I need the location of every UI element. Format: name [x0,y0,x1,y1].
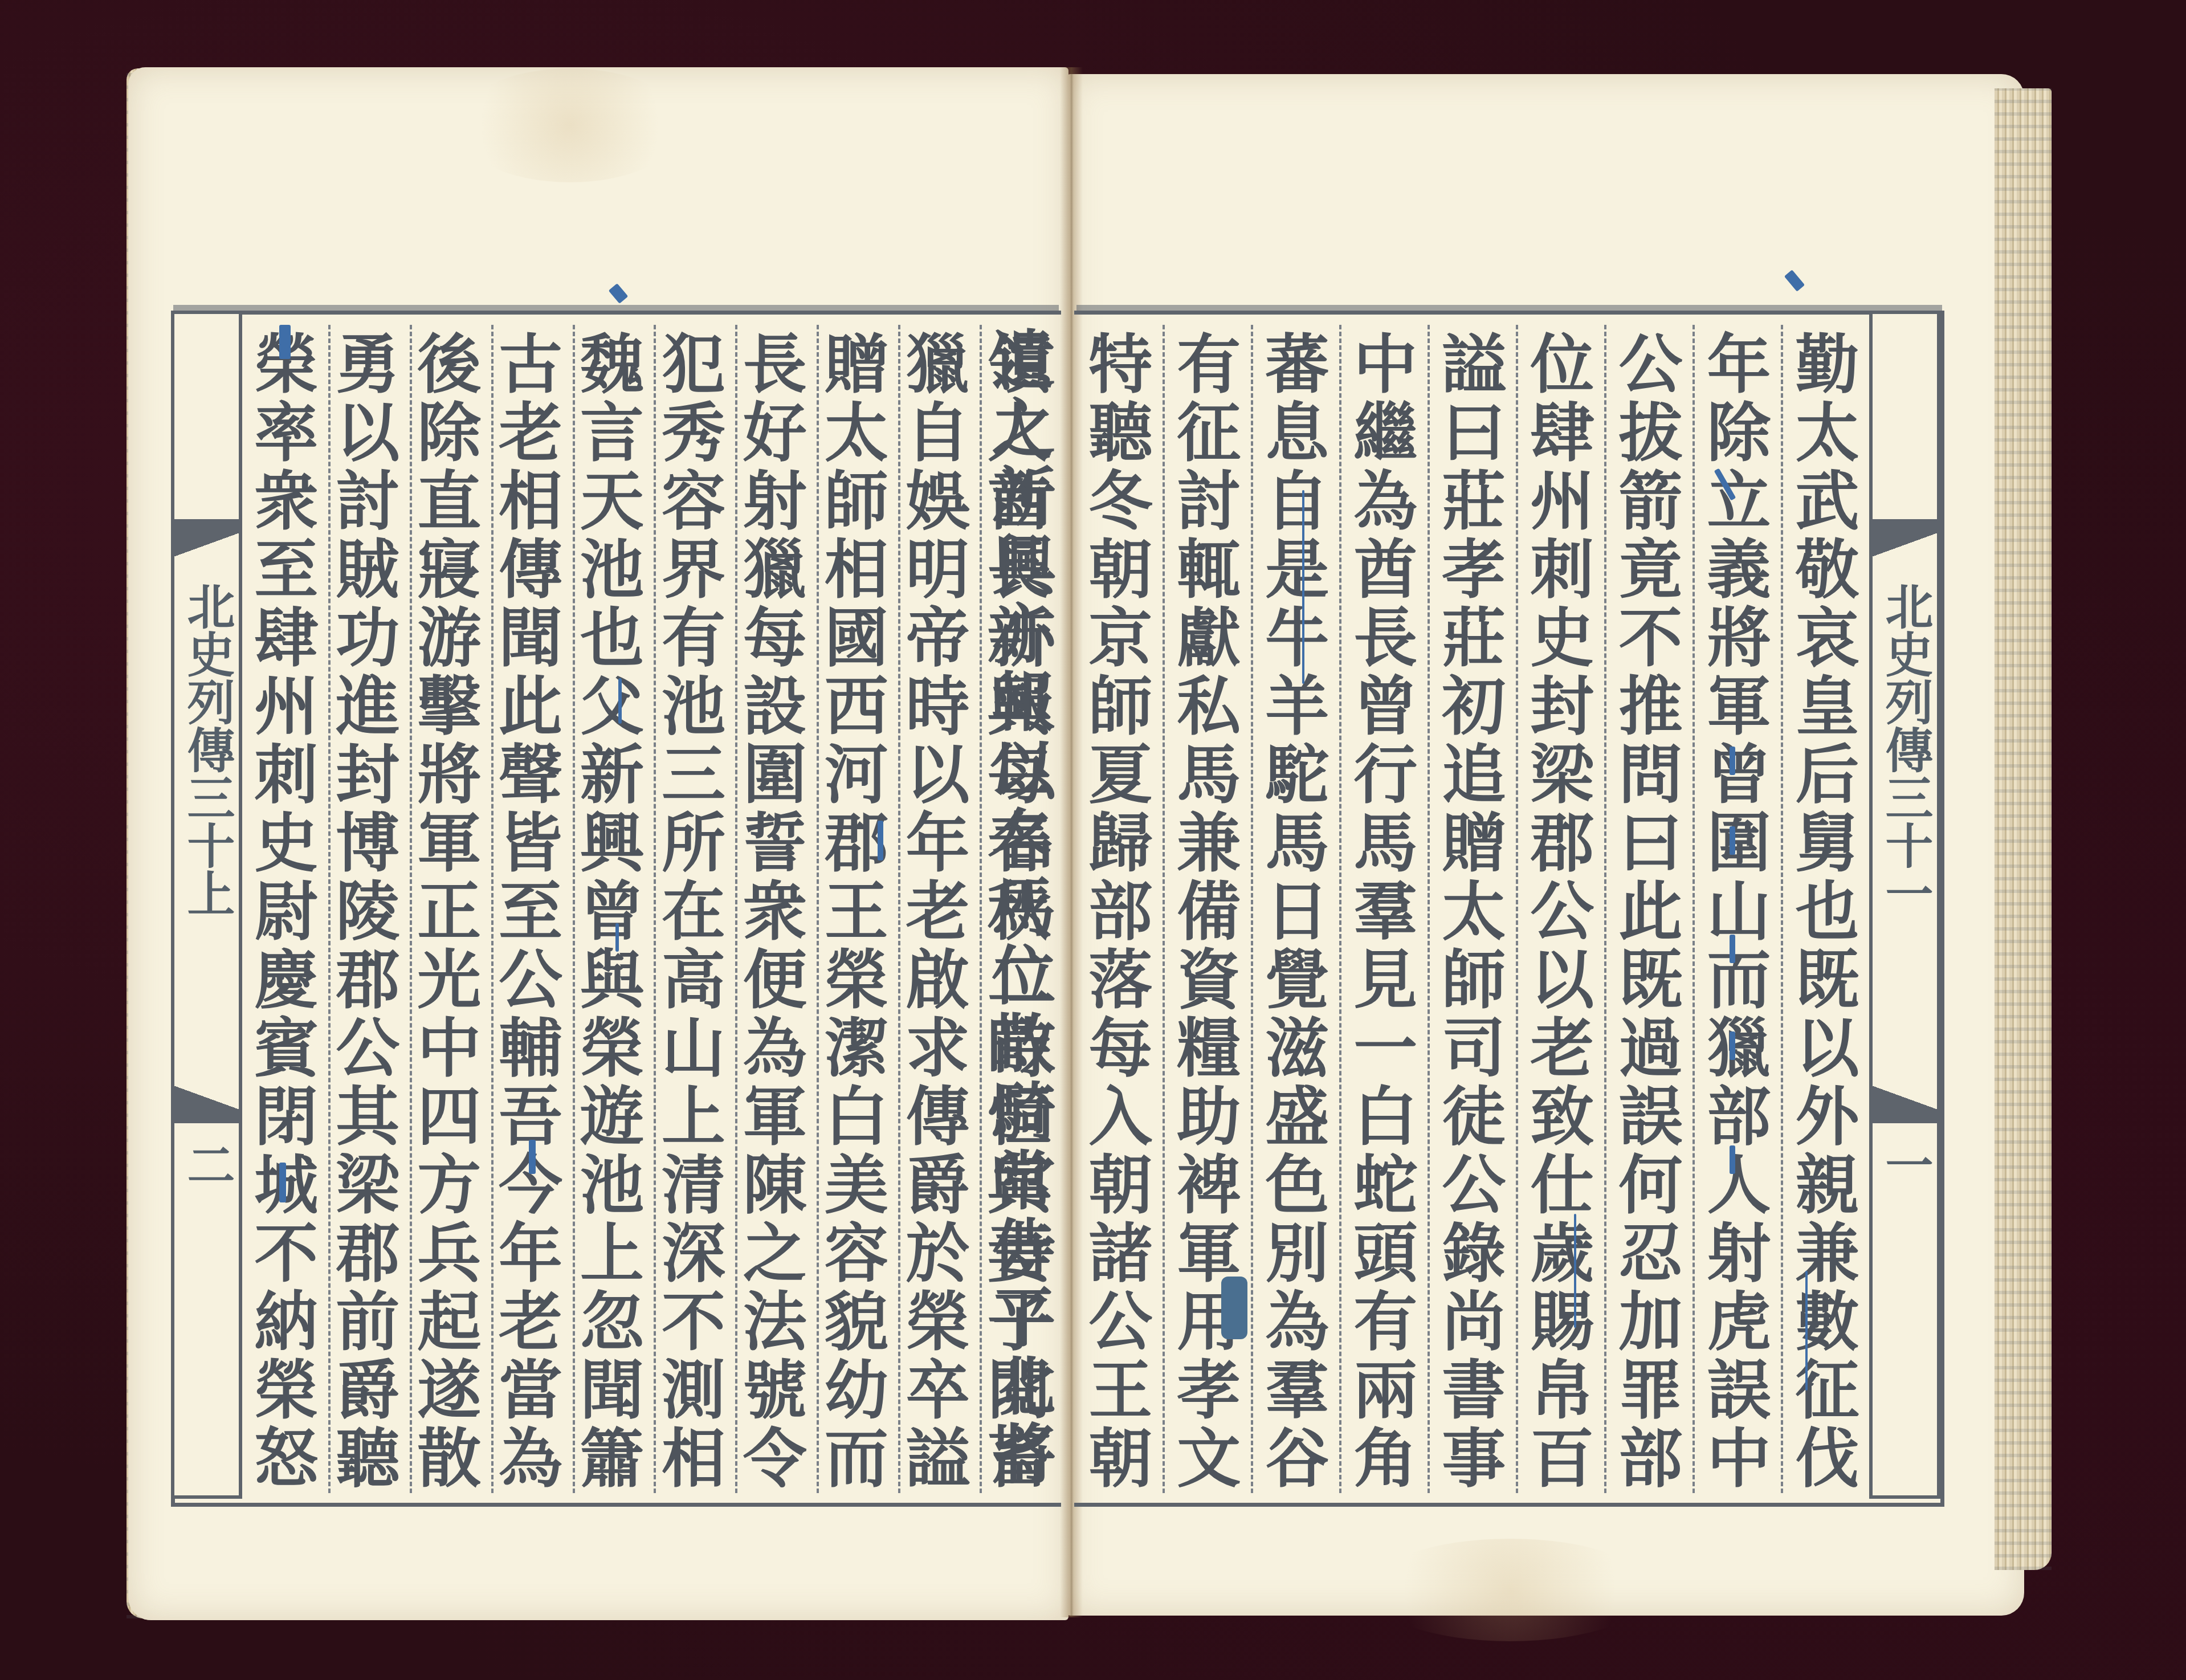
right-columns: 勤太武敬哀皇后舅也既以外親兼數征伐有功給復百 年除立義將軍曾圍山而獵部人射虎誤中… [1074,325,1869,1493]
fish-tail-ornament [174,1072,239,1123]
block-heart-title: 北史列傳三十上 [174,582,239,917]
text-column: 勇以討賊功進封博陵郡公其梁郡前爵聽賜第二子時 [328,325,410,1493]
annotation-mark [1730,826,1735,855]
annotation-line [1302,490,1304,684]
text-column: 特聽冬朝京師夏歸部落每入朝諸公王朝貴競以珍翫 [1074,325,1163,1493]
annotation-mark [1730,1031,1735,1060]
ink-blot [1221,1277,1247,1339]
text-column: 中繼為酋長曾行馬羣見一白蛇頭有兩角呪之求畜牧 [1339,325,1428,1493]
paper-stain [1368,1539,1653,1641]
left-columns: 領人酋長新興每春秋二時恒與妻子閱畜牧於川澤射 獵自娛明帝時以年老啟求傳爵於榮卒謚… [252,325,1061,1493]
open-book: 領人酋長新興每春秋二時恒與妻子閱畜牧於川澤射 獵自娛明帝時以年老啟求傳爵於榮卒謚… [0,0,2186,1680]
block-heart-title: 北史列傳三十一 [1873,582,1937,917]
annotation-mark [279,325,291,359]
paper-stain [456,68,684,182]
folio-number: 二 [174,1140,239,1188]
text-column: 遺之新興亦報以名馬位散騎常侍平北將軍秀容第 [969,321,1066,1489]
left-text-frame: 領人酋長新興每春秋二時恒與妻子閱畜牧於川澤射 獵自娛明帝時以年老啟求傳爵於榮卒謚… [171,311,1061,1507]
text-column: 贈太師相國西河郡王榮潔白美容貌幼而神機明決及 [817,325,898,1493]
fish-tail-ornament [174,519,239,570]
right-text-frame: 勤太武敬哀皇后舅也既以外親兼數征伐有功給復百 年除立義將軍曾圍山而獵部人射虎誤中… [1074,311,1944,1507]
annotation-mark [279,1163,286,1202]
text-column: 勤太武敬哀皇后舅也既以外親兼數征伐有功給復百 [1781,325,1869,1493]
text-column: 長好射獵每設圍誓衆便為軍陳之法號令嚴肅衆莫敢 [735,325,817,1493]
folio-number: 一 [1873,1140,1937,1188]
text-column: 榮率衆至肆州刺史尉慶賓閉城不納榮怒攻拔之乃署 [252,325,328,1493]
text-column: 魏言天池也父新興曾與榮遊池上忽聞簫鼓音謂榮曰 [573,325,654,1493]
right-block-heart: 北史列傳三十一 一 [1869,311,1940,1499]
text-column: 犯秀容界有池三所在高山上清深不測相傳曰祁連池 [654,325,735,1493]
text-column: 位肆州刺史封梁郡公以老致仕歲賜帛百疋以為常卒 [1516,325,1604,1493]
annotation-mark [1730,747,1735,775]
annotation-mark [618,678,622,724]
annotation-mark [1730,935,1735,963]
text-column: 謚曰莊孝莊初追贈太師司徒公錄尚書事父新興太和 [1428,325,1516,1493]
left-block-heart: 北史列傳三十上 二 [171,311,242,1499]
text-column: 後除直寢游擊將軍正光中四方兵起遂散畜牧招合義 [410,325,491,1493]
text-column: 古老相傳聞此聲皆至公輔吾今年老當為汝耳榮襲爵 [491,325,573,1493]
text-column: 年除立義將軍曾圍山而獵部人射虎誤中其髀代勤仍 [1692,325,1781,1493]
annotation-mark [878,821,883,861]
annotation-mark [615,923,619,952]
annotation-mark [1730,1145,1735,1174]
text-column: 蕃息自是牛羊駝馬日覺滋盛色別為羣谷量之朝廷每 [1251,325,1339,1493]
text-column: 獵自娛明帝時以年老啟求傳爵於榮卒謚曰簡孝莊初 [898,325,980,1493]
fish-tail-ornament [1873,1072,1937,1123]
annotation-mark [529,1140,536,1174]
annotation-line [1574,1214,1576,1328]
text-column: 公拔箭竟不推問曰此既過誤何忍加罪部內感其意 [1604,325,1692,1493]
fish-tail-ornament [1873,519,1937,570]
right-page-stack-edge [1995,88,2052,1570]
annotation-line [1805,1271,1808,1391]
